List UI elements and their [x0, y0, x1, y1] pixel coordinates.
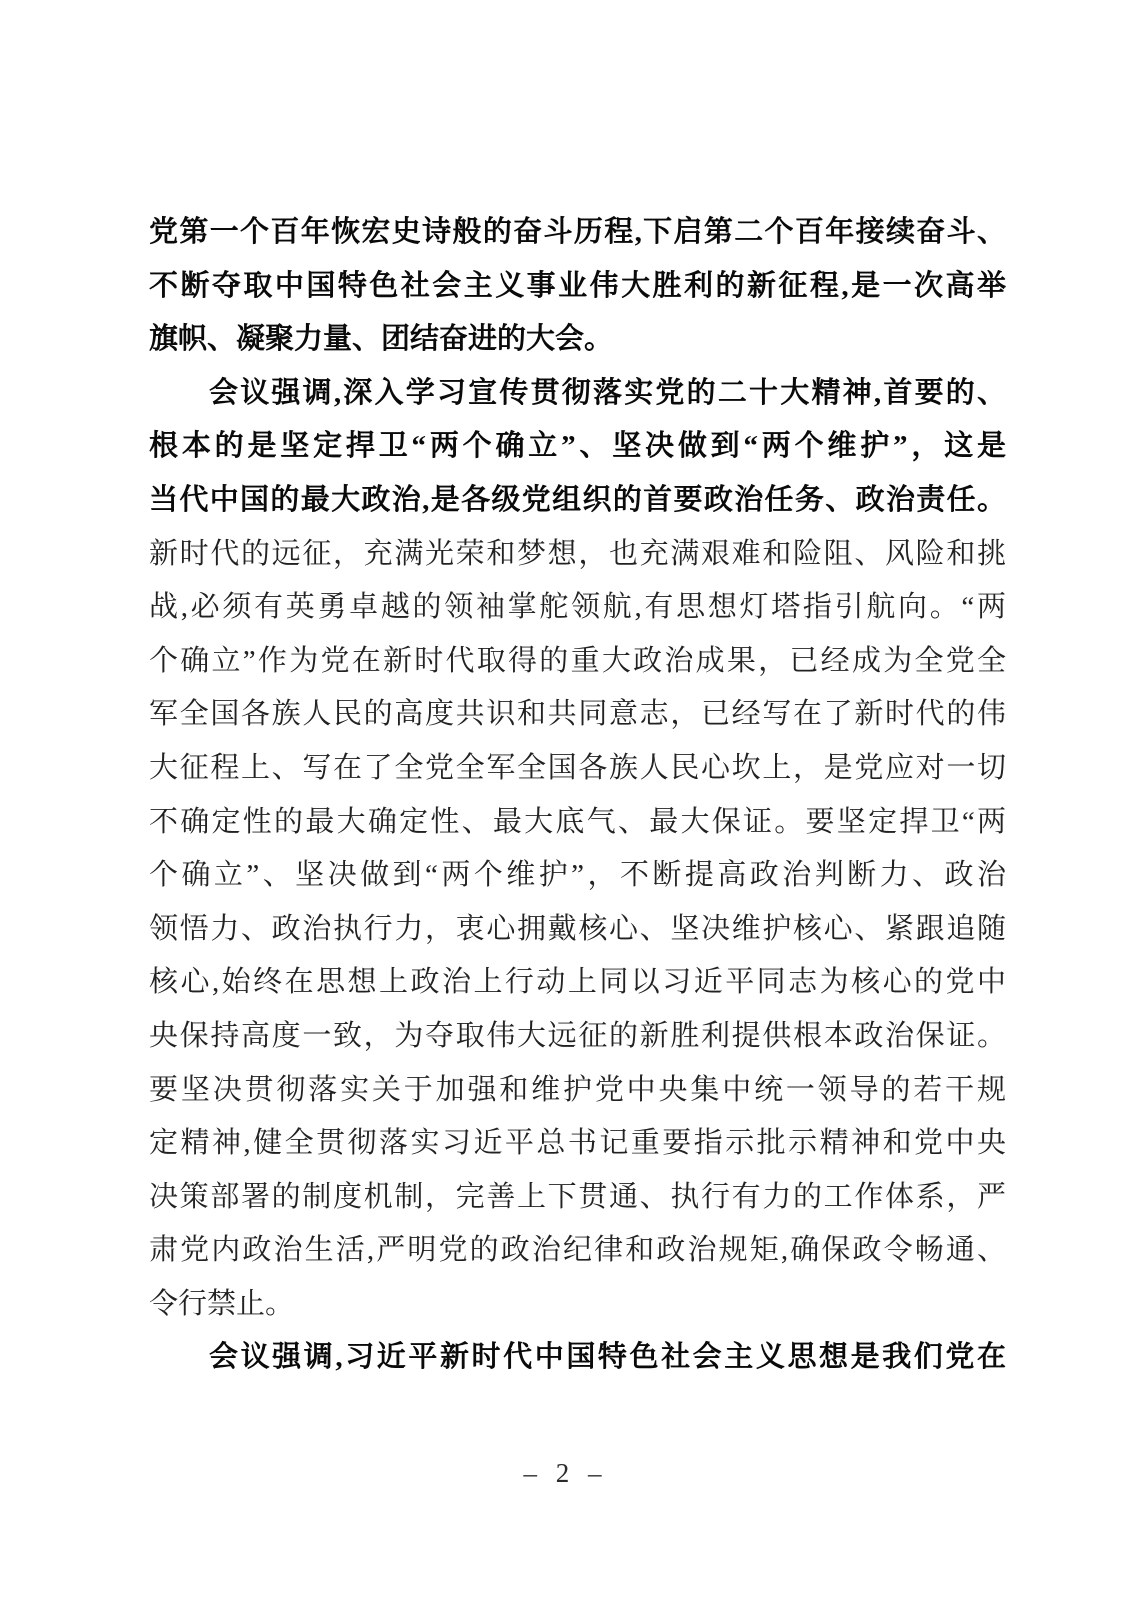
text-line: 战,必须有英勇卓越的领袖掌舵领航,有思想灯塔指引航向。“两 — [149, 581, 1006, 635]
text-line: 当代中国的最大政治,是各级党组织的首要政治任务、政治责任。 — [149, 474, 1006, 528]
text-line: 领悟力、政治执行力，衷心拥戴核心、坚决维护核心、紧跟追随 — [149, 903, 1006, 957]
text-line: 不断夺取中国特色社会主义事业伟大胜利的新征程,是一次高举 — [149, 260, 1006, 314]
text-line: 会议强调,习近平新时代中国特色社会主义思想是我们党在 — [149, 1331, 1006, 1385]
text-line: 令行禁止。 — [149, 1278, 1006, 1332]
document-body: 党第一个百年恢宏史诗般的奋斗历程,下启第二个百年接续奋斗、不断夺取中国特色社会主… — [149, 206, 1006, 1385]
text-line: 要坚决贯彻落实关于加强和维护党中央集中统一领导的若干规 — [149, 1064, 1006, 1118]
page-number: – 2 – — [524, 1458, 608, 1488]
page-footer: – 2 – — [0, 1458, 1131, 1489]
text-line: 不确定性的最大确定性、最大底气、最大保证。要坚定捍卫“两 — [149, 796, 1006, 850]
text-line: 肃党内政治生活,严明党的政治纪律和政治规矩,确保政令畅通、 — [149, 1224, 1006, 1278]
text-line: 大征程上、写在了全党全军全国各族人民心坎上，是党应对一切 — [149, 742, 1006, 796]
document-page: 党第一个百年恢宏史诗般的奋斗历程,下启第二个百年接续奋斗、不断夺取中国特色社会主… — [0, 0, 1131, 1600]
text-line: 央保持高度一致，为夺取伟大远征的新胜利提供根本政治保证。 — [149, 1010, 1006, 1064]
text-line: 新时代的远征，充满光荣和梦想，也充满艰难和险阻、风险和挑 — [149, 528, 1006, 582]
text-line: 党第一个百年恢宏史诗般的奋斗历程,下启第二个百年接续奋斗、 — [149, 206, 1006, 260]
text-line: 根本的是坚定捍卫“两个确立”、坚决做到“两个维护”，这是 — [149, 420, 1006, 474]
text-line: 个确立”作为党在新时代取得的重大政治成果，已经成为全党全 — [149, 635, 1006, 689]
text-line: 个确立”、坚决做到“两个维护”，不断提高政治判断力、政治 — [149, 849, 1006, 903]
text-line: 军全国各族人民的高度共识和共同意志，已经写在了新时代的伟 — [149, 688, 1006, 742]
text-line: 决策部署的制度机制，完善上下贯通、执行有力的工作体系，严 — [149, 1171, 1006, 1225]
text-line: 会议强调,深入学习宣传贯彻落实党的二十大精神,首要的、 — [149, 367, 1006, 421]
text-line: 旗帜、凝聚力量、团结奋进的大会。 — [149, 313, 1006, 367]
text-line: 定精神,健全贯彻落实习近平总书记重要指示批示精神和党中央 — [149, 1117, 1006, 1171]
text-line: 核心,始终在思想上政治上行动上同以习近平同志为核心的党中 — [149, 956, 1006, 1010]
